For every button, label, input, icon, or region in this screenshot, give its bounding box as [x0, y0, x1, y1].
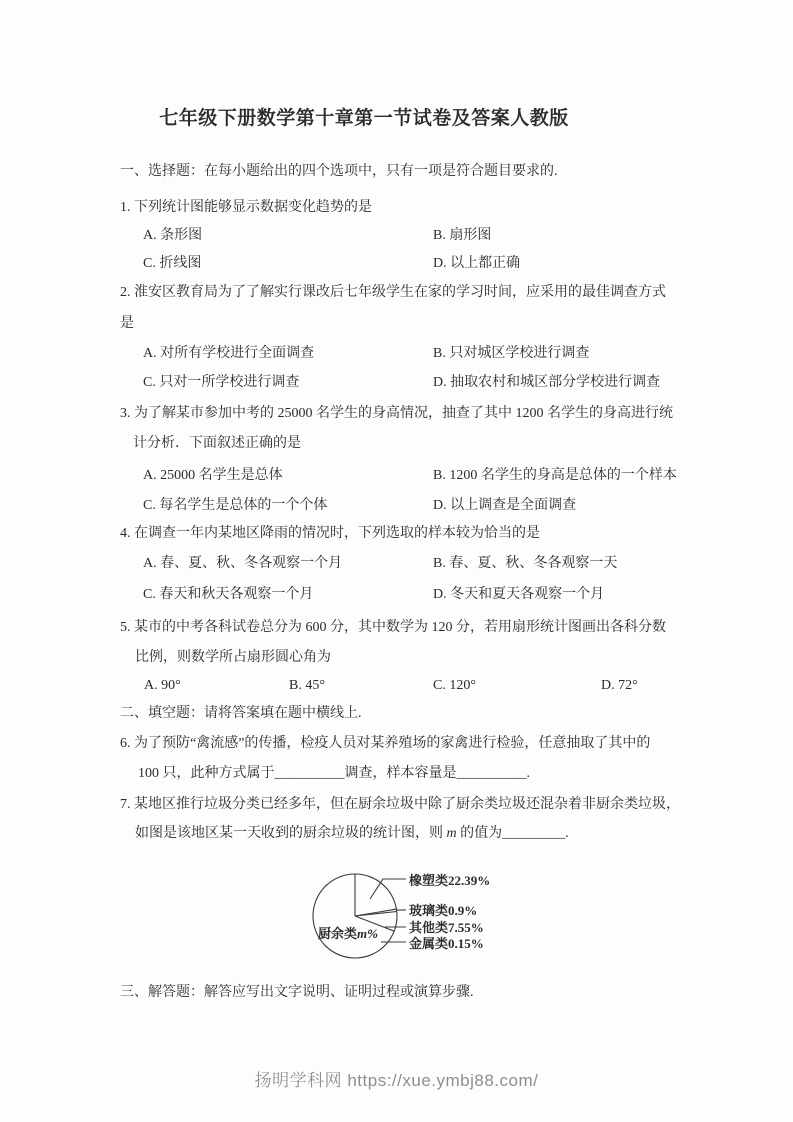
q5-option-a: A. 90°: [144, 676, 181, 696]
pie-label-glass: 玻璃类0.9%: [409, 903, 477, 918]
q2-option-d: D. 抽取农村和城区部分学校进行调查: [433, 373, 660, 393]
section-choice-header: 一、选择题：在每小题给出的四个选项中，只有一项是符合题目要求的.: [120, 162, 558, 182]
pie-label-rubber: 橡塑类22.39%: [409, 873, 490, 888]
q3-option-b: B. 1200 名学生的身高是总体的一个样本: [433, 466, 677, 486]
q4-stem: 4. 在调查一年内某地区降雨的情况时，下列选取的样本较为恰当的是: [120, 524, 540, 544]
q2-stem-line1: 2. 淮安区教育局为了了解实行课改后七年级学生在家的学习时间，应采用的最佳调查方…: [120, 283, 666, 303]
q7-variable-m: m: [447, 826, 457, 841]
section-fill-header: 二、填空题：请将答案填在题中横线上.: [120, 704, 362, 724]
pie-label-kitchen: 厨余类m%: [318, 926, 378, 941]
q2-option-a: A. 对所有学校进行全面调查: [143, 344, 314, 364]
pie-label-other: 其他类7.55%: [409, 920, 484, 935]
q7-stem-line2: 如图是该地区某一天收到的厨余垃圾的统计图，则 m 的值为_________.: [135, 824, 569, 844]
pie-slice-line-glass-other: [355, 912, 397, 917]
pie-slice-line-other-metal: [355, 916, 394, 931]
q4-option-b: B. 春、夏、秋、冬各观察一天: [433, 554, 617, 574]
q2-option-b: B. 只对城区学校进行调查: [433, 344, 589, 364]
q2-stem-line2: 是: [120, 314, 134, 334]
q3-stem-line1: 3. 为了解某市参加中考的 25000 名学生的身高情况，抽查了其中 1200 …: [120, 404, 673, 424]
pie-slice-line-rubber-glass: [355, 909, 396, 916]
q1-option-c: C. 折线图: [143, 254, 201, 274]
q3-option-a: A. 25000 名学生是总体: [143, 466, 283, 486]
document-page: 七年级下册数学第十章第一节试卷及答案人教版 一、选择题：在每小题给出的四个选项中…: [0, 0, 793, 1122]
pie-label-metal: 金属类0.15%: [409, 936, 484, 951]
pie-label-kitchen-m: m%: [357, 926, 378, 941]
q1-stem: 1. 下列统计图能够显示数据变化趋势的是: [120, 198, 372, 218]
q5-stem-line2: 比例，则数学所占扇形圆心角为: [135, 648, 331, 668]
leader-line-rubber: [370, 879, 406, 899]
q4-option-c: C. 春天和秋天各观察一个月: [143, 585, 313, 605]
q1-option-d: D. 以上都正确: [433, 254, 520, 274]
q4-option-d: D. 冬天和夏天各观察一个月: [433, 585, 604, 605]
q2-option-c: C. 只对一所学校进行调查: [143, 373, 299, 393]
page-title: 七年级下册数学第十章第一节试卷及答案人教版: [0, 103, 728, 130]
section-answer-header: 三、解答题：解答应写出文字说明、证明过程或演算步骤.: [120, 983, 474, 1003]
q1-option-a: A. 条形图: [143, 226, 202, 246]
pie-label-kitchen-text: 厨余类: [318, 926, 357, 941]
q6-stem-line2: 100 只，此种方式属于__________调查，样本容量是__________…: [138, 764, 530, 784]
q5-option-c: C. 120°: [433, 676, 476, 696]
site-footer: 扬明学科网 https://xue.ymbj88.com/: [0, 1066, 793, 1091]
q5-option-d: D. 72°: [601, 676, 638, 696]
q1-option-b: B. 扇形图: [433, 226, 491, 246]
q3-option-c: C. 每名学生是总体的一个个体: [143, 496, 327, 516]
pie-circle: [313, 874, 397, 958]
q6-stem-line1: 6. 为了预防“禽流感”的传播，检疫人员对某养殖场的家禽进行检验，任意抽取了其中…: [120, 734, 650, 754]
q4-option-a: A. 春、夏、秋、冬各观察一个月: [143, 554, 342, 574]
q7-line2-text: 如图是该地区某一天收到的厨余垃圾的统计图，则: [135, 826, 447, 841]
q5-option-b: B. 45°: [289, 676, 325, 696]
q7-stem-line1: 7. 某地区推行垃圾分类已经多年，但在厨余垃圾中除了厨余类垃圾还混杂着非厨余类垃…: [120, 795, 680, 815]
q3-option-d: D. 以上调查是全面调查: [433, 496, 576, 516]
q7-line2-tail: 的值为_________.: [457, 826, 569, 841]
q5-stem-line1: 5. 某市的中考各科试卷总分为 600 分，其中数学为 120 分，若用扇形统计…: [120, 618, 666, 638]
q3-stem-line2: 计分析．下面叙述正确的是: [133, 434, 301, 454]
